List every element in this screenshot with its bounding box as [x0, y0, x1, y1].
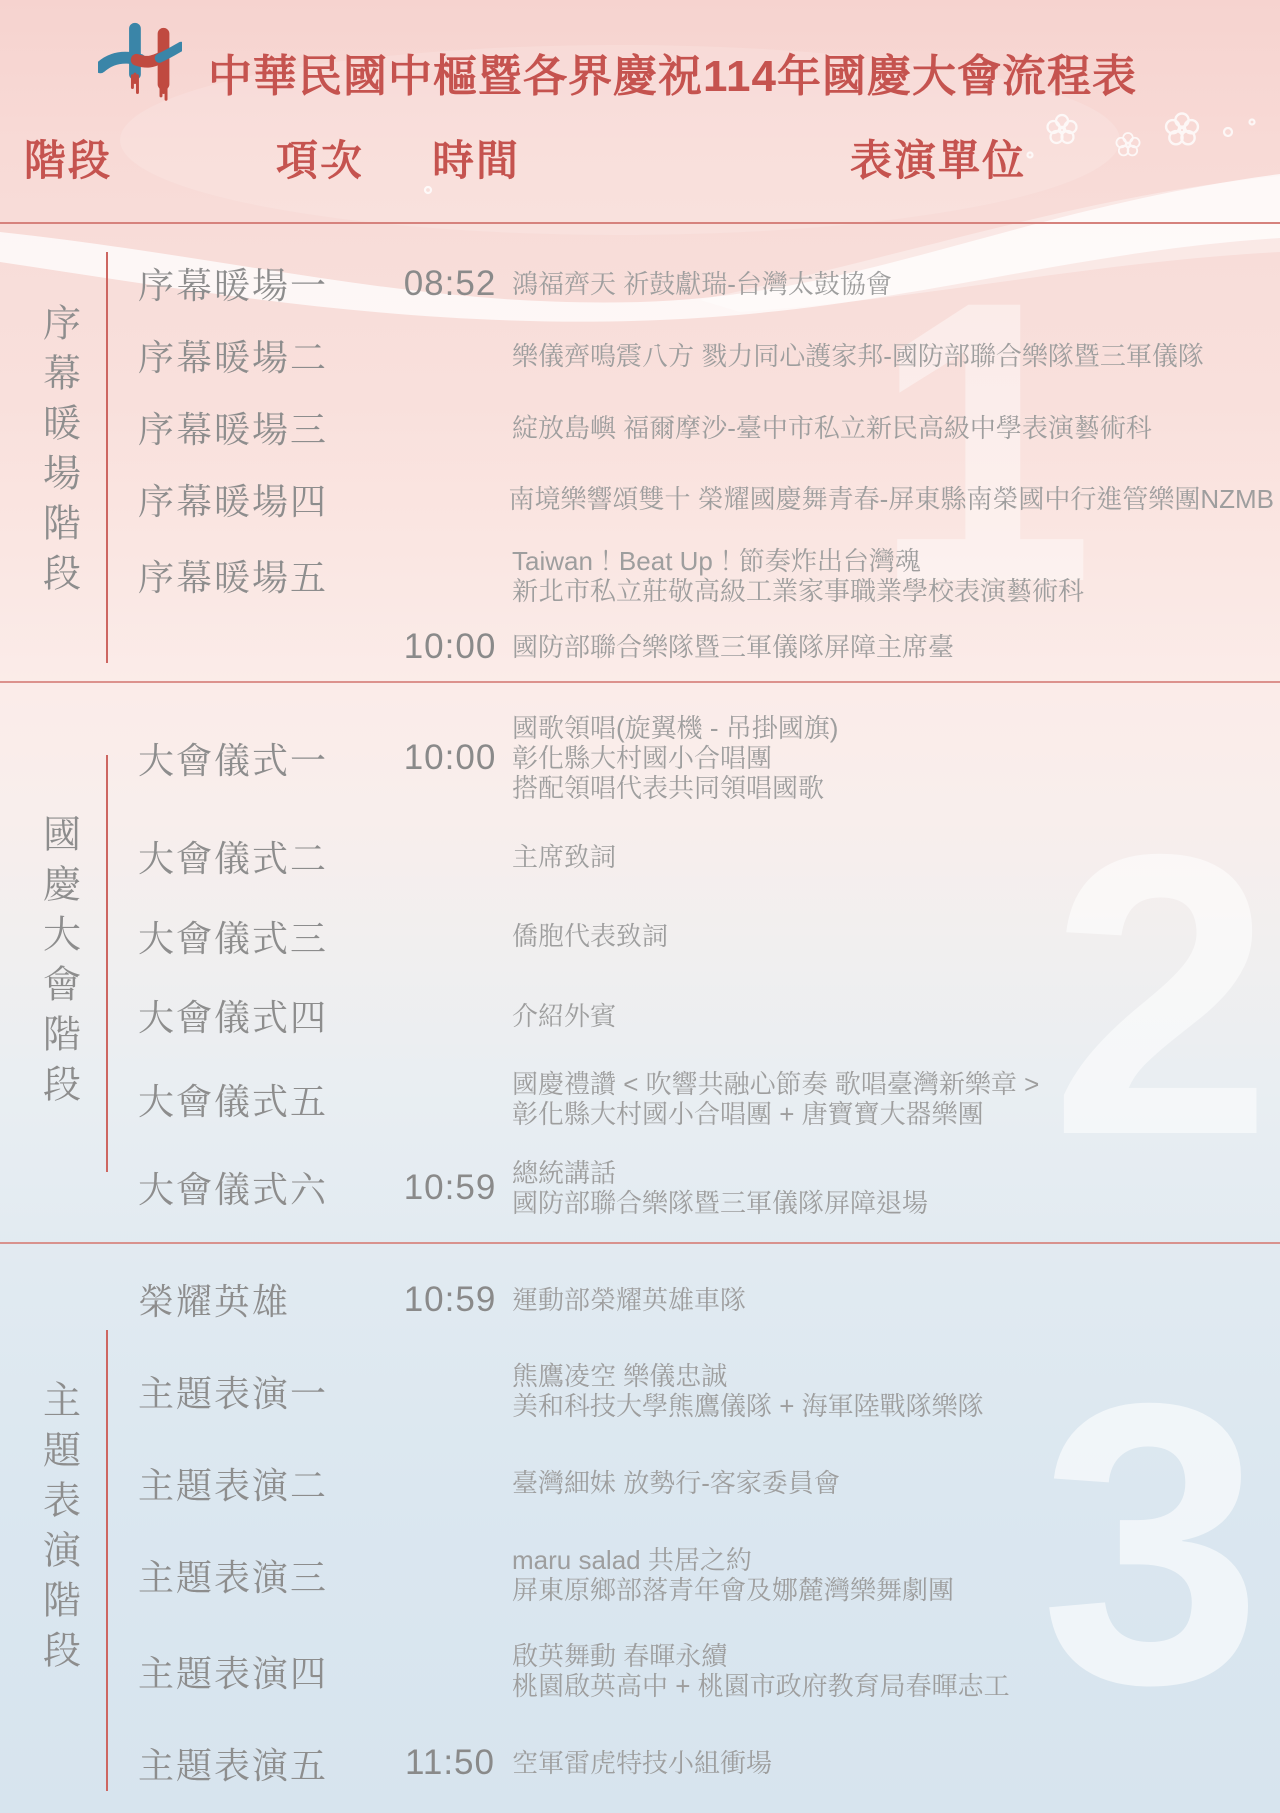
stage-label: 主題表演階段	[31, 1380, 86, 1680]
unit-text: maru salad 共居之約屏東原鄉部落青年會及娜麓灣樂舞劇團	[512, 1545, 1274, 1605]
column-header-time: 時間	[432, 128, 520, 188]
unit-text: 臺灣細妹 放勢行-客家委員會	[512, 1468, 1274, 1498]
schedule-row: 大會儀式四 介紹外賓	[138, 990, 1274, 1041]
item-label: 榮耀英雄	[138, 1274, 388, 1325]
unit-text: 鴻福齊天 祈鼓獻瑞-台灣太鼓協會	[512, 269, 1274, 299]
unit-text: 國歌領唱(旋翼機 - 吊掛國旗)彰化縣大村國小合唱團搭配領唱代表共同領唱國歌	[512, 713, 1274, 803]
schedule-row: 大會儀式五 國慶禮讚 < 吹響共融心節奏 歌唱臺灣新樂章 >彰化縣大村國小合唱團…	[138, 1069, 1274, 1129]
unit-text: 空軍雷虎特技小組衝場	[512, 1748, 1274, 1778]
schedule-row: 主題表演四 啟英舞動 春暉永續桃園啟英高中 + 桃園市政府教育局春暉志工	[138, 1641, 1274, 1701]
section-rows: 榮耀英雄 10:59 運動部榮耀英雄車隊 主題表演一 熊鷹凌空 樂儀忠誠美和科技…	[138, 1244, 1274, 1813]
time-label: 10:00	[388, 738, 512, 778]
time-label: 10:59	[388, 1168, 512, 1208]
stage-label: 國慶大會階段	[31, 814, 86, 1114]
schedule-row: 10:00 國防部聯合樂隊暨三軍儀隊屏障主席臺	[138, 627, 1274, 667]
stage-column: 主題表演階段	[0, 1244, 116, 1813]
double-ten-logo	[98, 20, 182, 108]
unit-text: 僑胞代表致詞	[512, 921, 1274, 951]
item-label: 主題表演三	[138, 1550, 388, 1601]
item-label: 序幕暖場四	[138, 474, 386, 525]
item-label: 大會儀式五	[138, 1074, 388, 1125]
unit-text: 運動部榮耀英雄車隊	[512, 1285, 1274, 1315]
schedule-row: 序幕暖場二 樂儀齊鳴震八方 戮力同心護家邦-國防部聯合樂隊暨三軍儀隊	[138, 330, 1274, 381]
unit-text: 主席致詞	[512, 842, 1274, 872]
stage-column: 國慶大會階段	[0, 683, 116, 1244]
unit-text: Taiwan！Beat Up！節奏炸出台灣魂新北市私立莊敬高級工業家事職業學校表…	[512, 546, 1274, 606]
column-header-item: 項次	[276, 128, 364, 188]
stage-label: 序幕暖場階段	[31, 303, 86, 603]
schedule-row: 主題表演一 熊鷹凌空 樂儀忠誠美和科技大學熊鷹儀隊 + 海軍陸戰隊樂隊	[138, 1361, 1274, 1421]
program-poster: 中華民國中樞暨各界慶祝114年國慶大會流程表 階段 項次 時間 表演單位 1 序…	[0, 0, 1280, 1813]
item-label: 主題表演二	[138, 1458, 388, 1509]
section-rows: 大會儀式一 10:00 國歌領唱(旋翼機 - 吊掛國旗)彰化縣大村國小合唱團搭配…	[138, 683, 1274, 1244]
schedule-row: 序幕暖場五 Taiwan！Beat Up！節奏炸出台灣魂新北市私立莊敬高級工業家…	[138, 546, 1274, 606]
schedule-row: 大會儀式二 主席致詞	[138, 831, 1274, 882]
item-label: 大會儀式三	[138, 911, 388, 962]
schedule-row: 主題表演三 maru salad 共居之約屏東原鄉部落青年會及娜麓灣樂舞劇團	[138, 1545, 1274, 1605]
page-title: 中華民國中樞暨各界慶祝114年國慶大會流程表	[208, 40, 1137, 104]
schedule-section: 3 主題表演階段 榮耀英雄 10:59 運動部榮耀英雄車隊 主題表演一 熊鷹凌空…	[0, 1242, 1280, 1813]
unit-text: 介紹外賓	[512, 1001, 1274, 1031]
item-label: 序幕暖場三	[138, 402, 388, 453]
item-column-rule	[106, 1330, 108, 1791]
header-divider	[0, 222, 1280, 224]
item-label: 主題表演一	[138, 1366, 388, 1417]
schedule-row: 序幕暖場三 綻放島嶼 福爾摩沙-臺中市私立新民高級中學表演藝術科	[138, 402, 1274, 453]
unit-text: 南境樂響頌雙十 榮耀國慶舞青春-屏東縣南榮國中行進管樂團NZMB	[508, 484, 1274, 514]
unit-text: 綻放島嶼 福爾摩沙-臺中市私立新民高級中學表演藝術科	[512, 413, 1274, 443]
schedule-row: 序幕暖場一 08:52 鴻福齊天 祈鼓獻瑞-台灣太鼓協會	[138, 258, 1274, 309]
item-column-rule	[106, 252, 108, 663]
schedule-row: 主題表演二 臺灣細妹 放勢行-客家委員會	[138, 1458, 1274, 1509]
item-label: 序幕暖場二	[138, 330, 388, 381]
unit-text: 國慶禮讚 < 吹響共融心節奏 歌唱臺灣新樂章 >彰化縣大村國小合唱團 + 唐寶寶…	[512, 1069, 1274, 1129]
item-label: 大會儀式二	[138, 831, 388, 882]
time-label: 11:50	[388, 1743, 512, 1783]
item-label: 大會儀式六	[138, 1162, 388, 1213]
unit-text: 熊鷹凌空 樂儀忠誠美和科技大學熊鷹儀隊 + 海軍陸戰隊樂隊	[512, 1361, 1274, 1421]
item-column-rule	[106, 755, 108, 1172]
schedule-row: 序幕暖場四 南境樂響頌雙十 榮耀國慶舞青春-屏東縣南榮國中行進管樂團NZMB	[138, 474, 1274, 525]
schedule-section: 2 國慶大會階段 大會儀式一 10:00 國歌領唱(旋翼機 - 吊掛國旗)彰化縣…	[0, 681, 1280, 1244]
schedule-row: 大會儀式六 10:59 總統講話國防部聯合樂隊暨三軍儀隊屏障退場	[138, 1158, 1274, 1218]
item-label: 大會儀式一	[138, 733, 388, 784]
item-label: 主題表演五	[138, 1738, 388, 1789]
item-label: 序幕暖場一	[138, 258, 388, 309]
time-label: 10:00	[388, 627, 512, 667]
item-label: 序幕暖場五	[138, 550, 388, 601]
schedule-row: 榮耀英雄 10:59 運動部榮耀英雄車隊	[138, 1274, 1274, 1325]
column-header-row: 階段 項次 時間 表演單位	[0, 128, 1280, 178]
schedule-row: 大會儀式三 僑胞代表致詞	[138, 911, 1274, 962]
unit-text: 國防部聯合樂隊暨三軍儀隊屏障主席臺	[512, 632, 1274, 662]
time-label: 08:52	[388, 264, 512, 304]
section-rows: 序幕暖場一 08:52 鴻福齊天 祈鼓獻瑞-台灣太鼓協會 序幕暖場二 樂儀齊鳴震…	[138, 224, 1274, 681]
unit-text: 啟英舞動 春暉永續桃園啟英高中 + 桃園市政府教育局春暉志工	[512, 1641, 1274, 1701]
item-label: 大會儀式四	[138, 990, 388, 1041]
item-label: 主題表演四	[138, 1646, 388, 1697]
schedule-section: 1 序幕暖場階段 序幕暖場一 08:52 鴻福齊天 祈鼓獻瑞-台灣太鼓協會 序幕…	[0, 224, 1280, 681]
time-label: 10:59	[388, 1280, 512, 1320]
column-header-stage: 階段	[24, 128, 112, 188]
schedule-row: 主題表演五 11:50 空軍雷虎特技小組衝場	[138, 1738, 1274, 1789]
unit-text: 樂儀齊鳴震八方 戮力同心護家邦-國防部聯合樂隊暨三軍儀隊	[512, 341, 1274, 371]
unit-text: 總統講話國防部聯合樂隊暨三軍儀隊屏障退場	[512, 1158, 1274, 1218]
stage-column: 序幕暖場階段	[0, 224, 116, 681]
column-header-unit: 表演單位	[850, 128, 1026, 188]
schedule-row: 大會儀式一 10:00 國歌領唱(旋翼機 - 吊掛國旗)彰化縣大村國小合唱團搭配…	[138, 713, 1274, 803]
